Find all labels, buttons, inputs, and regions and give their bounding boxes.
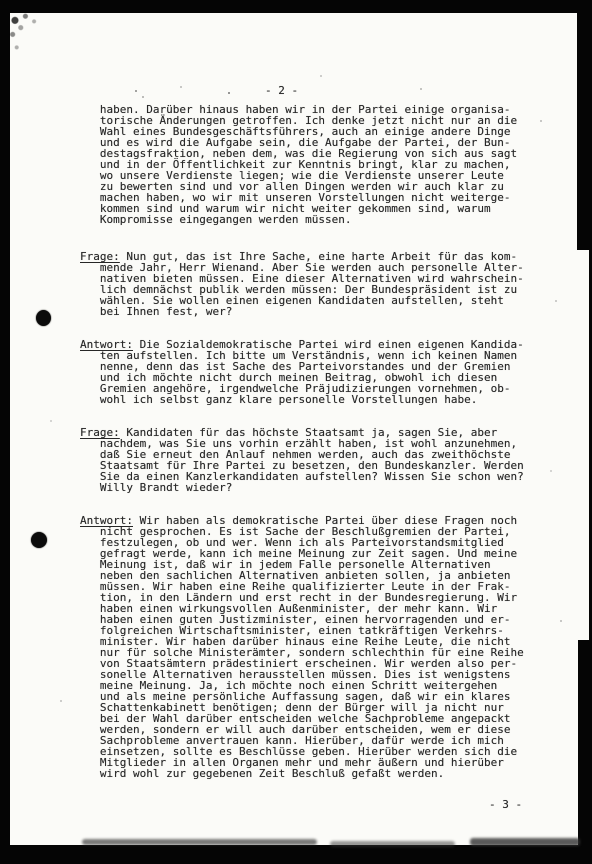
- scan-border-right-upper: [577, 0, 592, 250]
- paragraph-label: Antwort:: [80, 514, 133, 527]
- scanned-document-page: - 2 - haben. Darüber hinaus haben wir in…: [0, 0, 592, 864]
- paragraph-label: Antwort:: [80, 338, 133, 351]
- scan-border-left: [0, 0, 10, 864]
- question-paragraph: Frage: Nun gut, das ist Ihre Sache, eine…: [80, 251, 550, 317]
- page-number-footer: - 3 -: [489, 799, 522, 810]
- scan-border-right-lower: [578, 640, 592, 864]
- scan-speckles: [0, 0, 2, 2]
- answer-paragraph: Antwort: Wir haben als demokratische Par…: [80, 515, 550, 779]
- scan-smudge: [82, 839, 317, 845]
- continuation-paragraph: haben. Darüber hinaus haben wir in der P…: [80, 104, 550, 225]
- punch-hole-bottom: [31, 532, 47, 548]
- scan-smudge: [330, 841, 455, 847]
- paragraph-label: Frage:: [80, 250, 120, 263]
- scan-border-bottom: [0, 845, 592, 864]
- question-paragraph: Frage: Kandidaten für das höchste Staats…: [80, 427, 550, 493]
- page-number-header: - 2 -: [265, 85, 298, 96]
- punch-hole-top: [36, 310, 51, 326]
- document-body: haben. Darüber hinaus haben wir in der P…: [80, 104, 550, 779]
- scan-smudge: [470, 838, 580, 846]
- scan-noise-corner: [8, 11, 66, 63]
- scan-border-top: [0, 0, 592, 13]
- paragraph-label: Frage:: [80, 426, 120, 439]
- answer-paragraph: Antwort: Die Sozialdemokratische Partei …: [80, 339, 550, 405]
